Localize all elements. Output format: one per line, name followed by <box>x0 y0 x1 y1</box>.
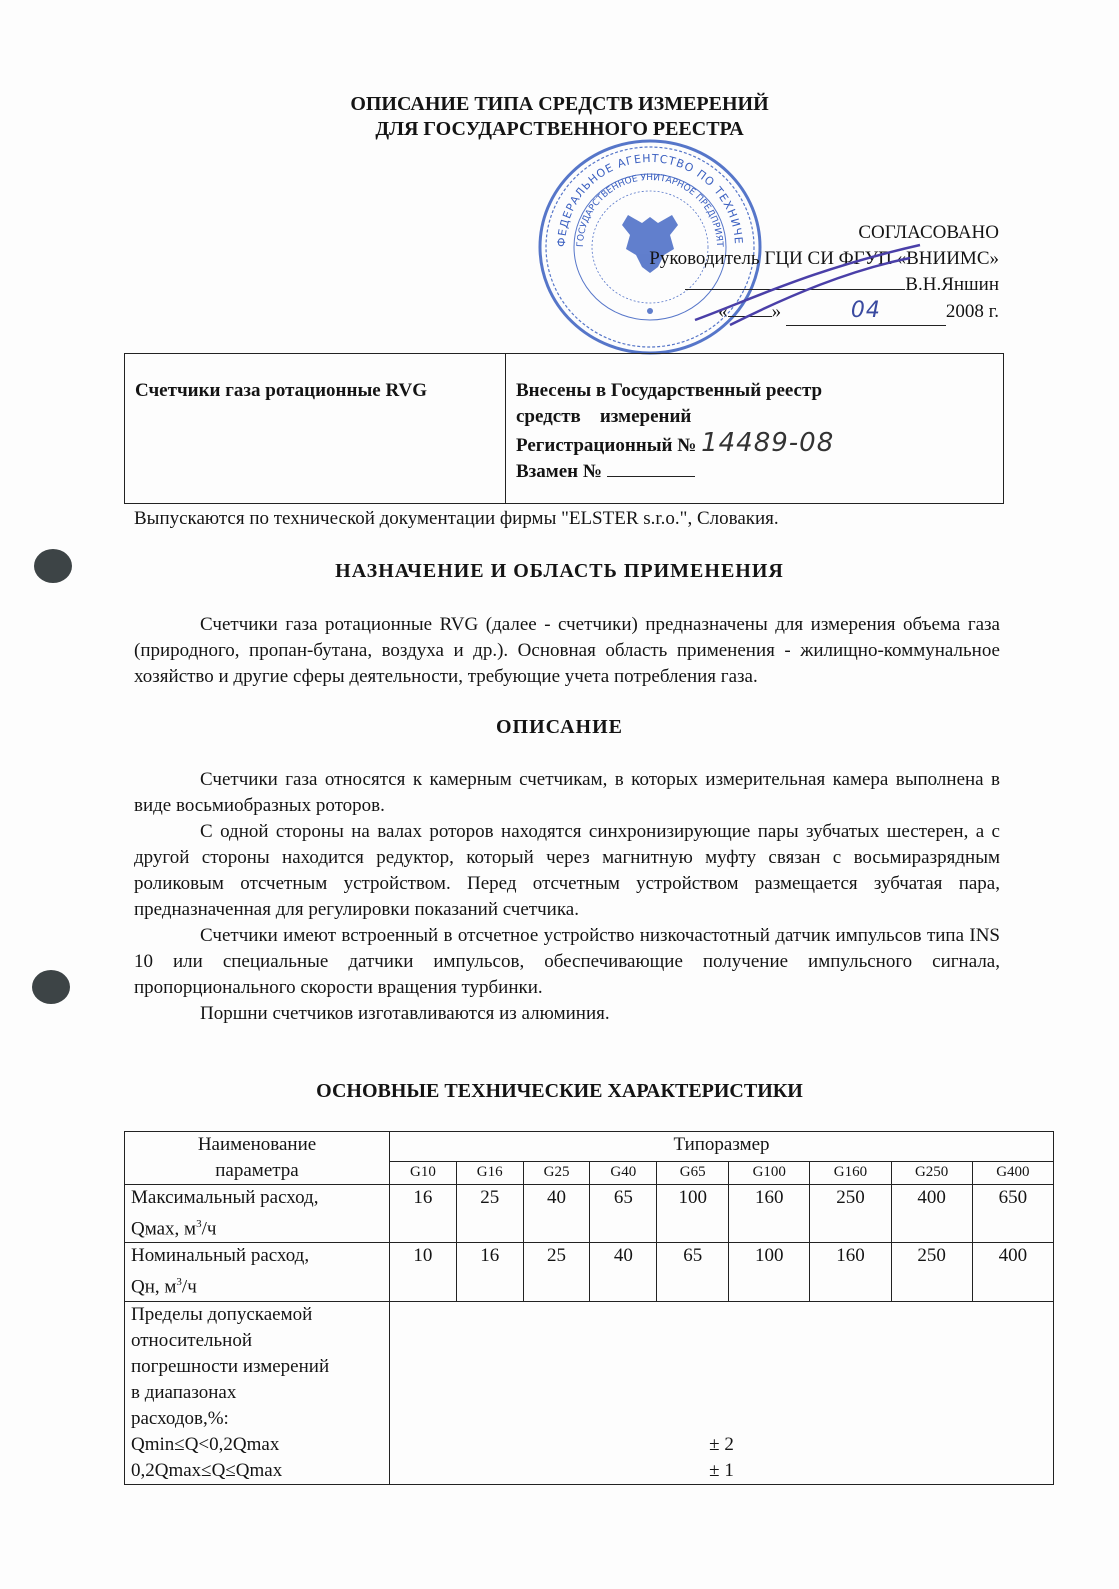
table-row-error-limits: Пределы допускаемой относительной погреш… <box>125 1301 1054 1484</box>
section-heading-description: ОПИСАНИЕ <box>0 716 1119 739</box>
registration-number-line: Регистрационный № 14489-08 <box>516 430 993 459</box>
registration-table: Счетчики газа ротационные RVG Внесены в … <box>124 353 1004 504</box>
punch-hole-icon <box>32 970 70 1004</box>
purpose-text: Счетчики газа ротационные RVG (далее - с… <box>134 612 1000 690</box>
product-name: Счетчики газа ротационные RVG <box>125 354 506 504</box>
manufacturer-note: Выпускаются по технической документации … <box>134 508 779 530</box>
size-header: Типоразмер <box>390 1132 1054 1162</box>
description-text: Счетчики газа относятся к камерным счетч… <box>134 767 1000 1027</box>
section-heading-purpose: НАЗНАЧЕНИЕ И ОБЛАСТЬ ПРИМЕНЕНИЯ <box>0 560 1119 583</box>
table-row: Номинальный расход, Qн, м3/ч 10 16 25 40… <box>125 1243 1054 1301</box>
registry-info: Внесены в Государственный реестр средств… <box>506 354 1004 504</box>
spec-table: Наименование параметра Типоразмер G10 G1… <box>124 1131 1054 1485</box>
replaces-line: Взамен № <box>516 459 993 485</box>
registration-number: 14489-08 <box>701 428 834 458</box>
table-row: Максимальный расход, Qмах, м3/ч 16 25 40… <box>125 1185 1054 1243</box>
document-title-line-1: ОПИСАНИЕ ТИПА СРЕДСТВ ИЗМЕРЕНИЙ <box>0 92 1119 117</box>
approval-year: 2008 г. <box>946 301 999 322</box>
param-header: Наименование параметра <box>125 1132 390 1185</box>
section-heading-specs: ОСНОВНЫЕ ТЕХНИЧЕСКИЕ ХАРАКТЕРИСТИКИ <box>0 1080 1119 1103</box>
signature-icon <box>690 240 930 330</box>
